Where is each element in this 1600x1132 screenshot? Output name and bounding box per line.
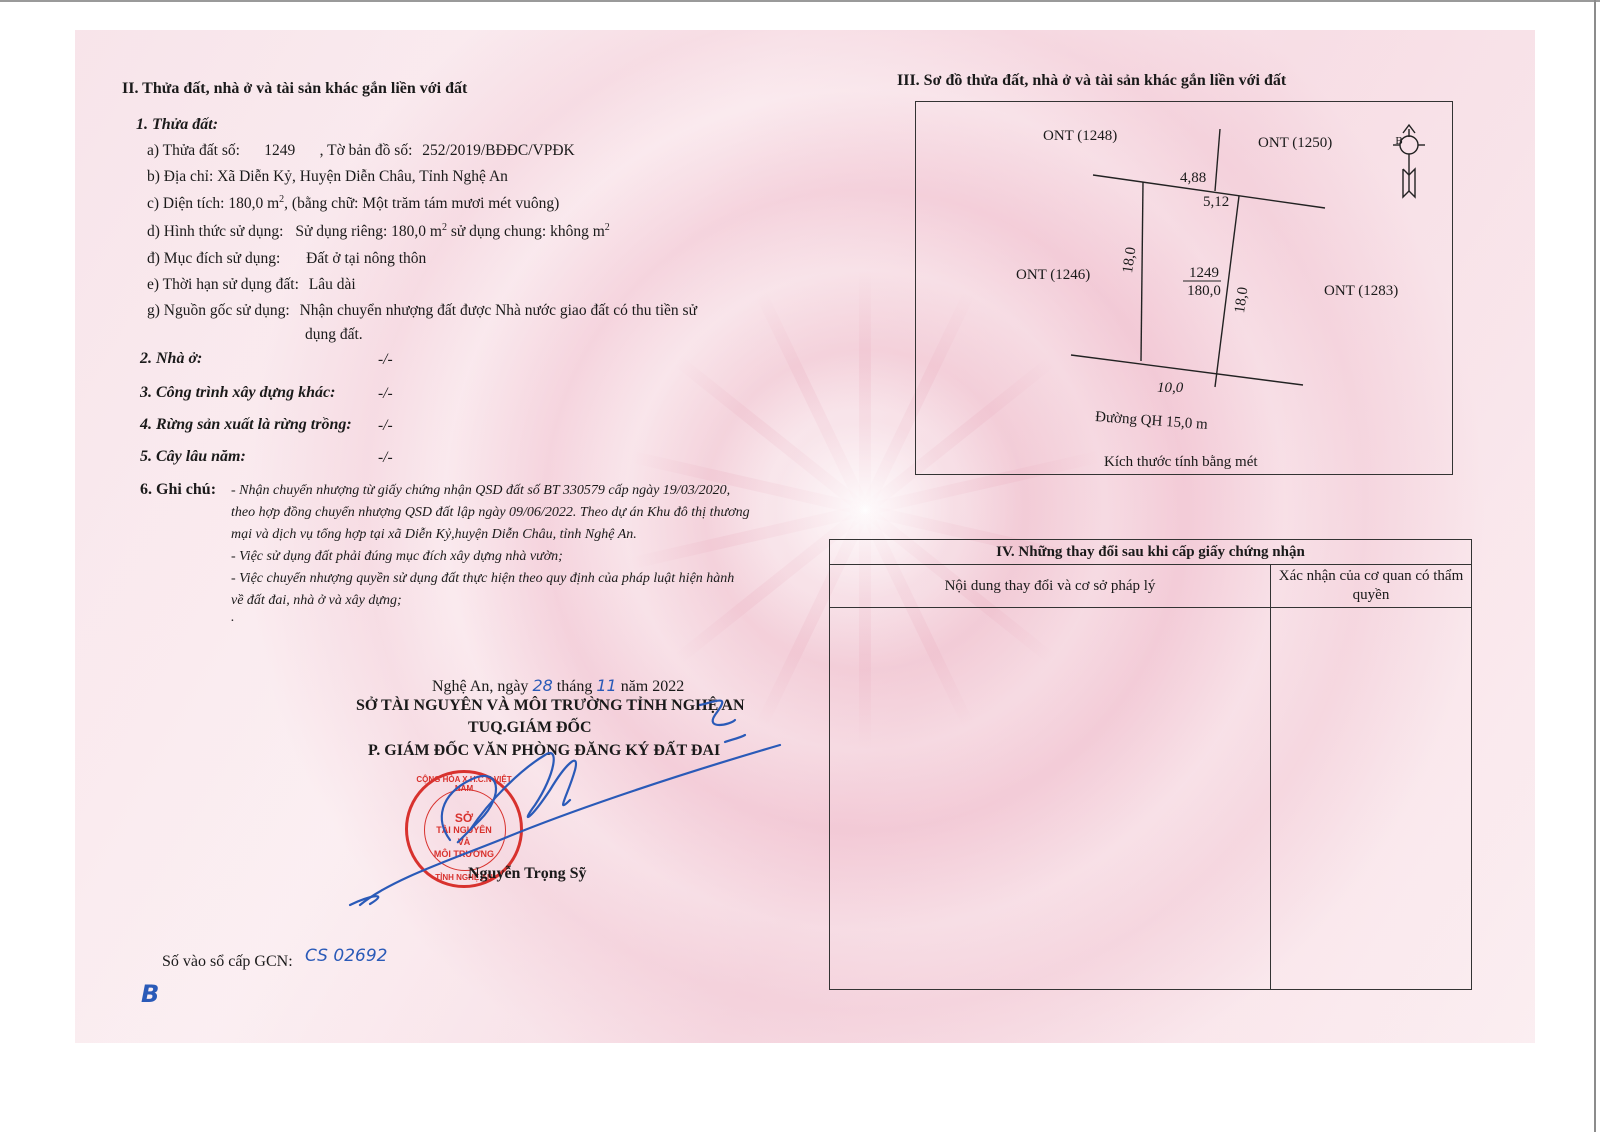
address-row: b) Địa chỉ: Xã Diễn Kỷ, Huyện Diễn Châu,…	[147, 168, 508, 186]
area-value: 180,0	[228, 195, 263, 212]
dim-top-left: 4,88	[1180, 170, 1206, 187]
usage-form-private: Sử dụng riêng: 180,0 m	[295, 223, 442, 240]
scan-edge-right	[1594, 0, 1596, 1132]
col-change-content: Nội dung thay đổi và cơ sở pháp lý	[830, 565, 1270, 607]
col-authority-confirmation: Xác nhận của cơ quan có thẩm quyền	[1271, 567, 1471, 605]
handwritten-initials: B	[141, 980, 159, 1008]
area-words: , (bằng chữ: Một trăm tám mươi mét vuông…	[284, 195, 559, 212]
section-4-title: IV. Những thay đổi sau khi cấp giấy chứn…	[830, 540, 1471, 565]
forest-label: 4. Rừng sản xuất là rừng trồng:	[140, 416, 352, 434]
perennial-label: 5. Cây lâu năm:	[140, 448, 246, 466]
dim-top-right: 5,12	[1203, 194, 1229, 211]
note-line: theo hợp đồng chuyển nhượng QSD đất lập …	[231, 505, 750, 521]
purpose-row: đ) Mục đích sử dụng: Đất ở tại nông thôn	[147, 250, 426, 268]
dim-right: 18,0	[1232, 286, 1252, 314]
origin-label: g) Nguồn gốc sử dụng:	[147, 302, 290, 319]
map-sheet-value: 252/2019/BĐĐC/VPĐK	[422, 142, 574, 159]
registry-label: Số vào sổ cấp GCN:	[162, 953, 293, 971]
land-heading: 1. Thửa đất:	[136, 116, 218, 134]
purpose-value: Đất ở tại nông thôn	[306, 250, 426, 267]
registry-number: CS 02692	[305, 946, 387, 966]
origin-value-line2: dụng đất.	[305, 326, 363, 344]
neighbor-west: ONT (1246)	[1016, 267, 1090, 284]
area-label: c) Diện tích:	[147, 195, 224, 212]
parcel-number-value: 1249	[244, 142, 316, 160]
neighbor-east: ONT (1283)	[1324, 283, 1398, 300]
other-works-label: 3. Công trình xây dựng khác:	[140, 384, 335, 402]
parcel-number-label: a) Thửa đất số:	[147, 142, 240, 159]
note-line: .	[231, 610, 235, 626]
compass-north-label: B	[1390, 135, 1408, 147]
dim-left: 18,0	[1120, 246, 1140, 274]
note-line: - Việc chuyển nhượng quyền sử dụng đất t…	[231, 571, 734, 587]
term-row: e) Thời hạn sử dụng đất: Lâu dài	[147, 276, 356, 294]
notes-label: 6. Ghi chú:	[140, 481, 216, 499]
section-3-title: III. Sơ đồ thửa đất, nhà ở và tài sản kh…	[897, 72, 1286, 90]
usage-form-label: d) Hình thức sử dụng:	[147, 223, 284, 240]
note-line: về đất đai, nhà ở và xây dựng;	[231, 593, 402, 609]
note-line: - Nhận chuyển nhượng từ giấy chứng nhận …	[231, 483, 730, 499]
usage-form-row: d) Hình thức sử dụng: Sử dụng riêng: 180…	[147, 222, 610, 241]
origin-row: g) Nguồn gốc sử dụng: Nhận chuyển nhượng…	[147, 302, 697, 320]
term-value: Lâu dài	[309, 276, 356, 293]
map-sheet-label: , Tờ bản đồ số:	[320, 142, 413, 159]
note-line: mại và dịch vụ tổng hợp tại xã Diễn Kỷ,h…	[231, 527, 637, 543]
house-label: 2. Nhà ở:	[140, 350, 202, 368]
forest-value: -/-	[378, 417, 393, 435]
term-label: e) Thời hạn sử dụng đất:	[147, 276, 299, 293]
perennial-value: -/-	[378, 449, 393, 467]
parcel-number-row: a) Thửa đất số: 1249 , Tờ bản đồ số: 252…	[147, 142, 575, 160]
changes-table-header-row: Nội dung thay đổi và cơ sở pháp lý Xác n…	[830, 565, 1471, 608]
parcel-number-label-map: 1249	[1182, 265, 1226, 282]
neighbor-north-left: ONT (1248)	[1043, 128, 1117, 145]
other-works-value: -/-	[378, 385, 393, 403]
section-2-title: II. Thửa đất, nhà ở và tài sản khác gắn …	[122, 80, 467, 98]
table-column-divider	[1270, 565, 1271, 989]
signer-name: Nguyễn Trọng Sỹ	[468, 865, 587, 883]
purpose-label: đ) Mục đích sử dụng:	[147, 250, 280, 267]
unit-note: Kích thước tính bằng mét	[1104, 454, 1258, 471]
area-unit: m	[267, 195, 279, 212]
neighbor-north-right: ONT (1250)	[1258, 135, 1332, 152]
changes-table: IV. Những thay đổi sau khi cấp giấy chứn…	[829, 539, 1472, 990]
origin-value-line1: Nhận chuyển nhượng đất được Nhà nước gia…	[300, 302, 697, 319]
dim-bottom: 10,0	[1157, 380, 1183, 397]
area-row: c) Diện tích: 180,0 m2, (bằng chữ: Một t…	[147, 194, 559, 213]
note-line: - Việc sử dụng đất phải đúng mục đích xâ…	[231, 549, 563, 565]
scan-edge-top	[0, 0, 1600, 2]
handwritten-signature	[330, 680, 830, 920]
usage-form-shared: sử dụng chung: không m	[447, 223, 605, 240]
house-value: -/-	[378, 351, 393, 369]
parcel-area-label-map: 180,0	[1182, 283, 1226, 300]
